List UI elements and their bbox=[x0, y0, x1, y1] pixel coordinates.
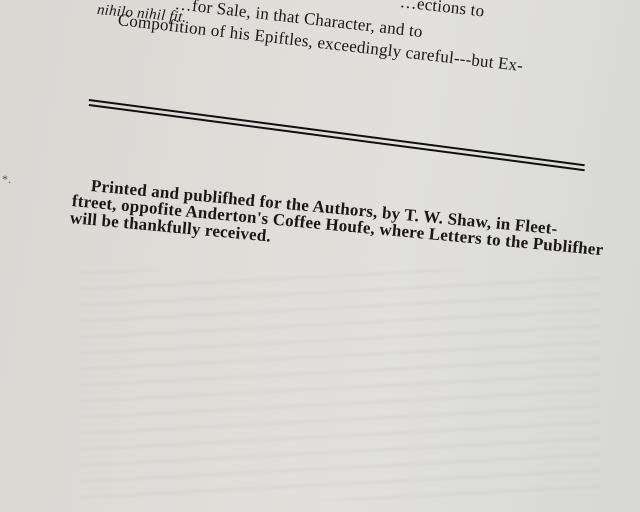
double-rule-top bbox=[89, 99, 585, 166]
top-paragraph-line-0: …ections to bbox=[399, 0, 486, 22]
newspaper-page: …ections to …for Sale, in that Character… bbox=[0, 0, 640, 512]
latin-phrase: nihilo nihil fit. bbox=[96, 2, 187, 26]
partial-text: …ections to bbox=[399, 0, 485, 21]
double-rule-bottom bbox=[89, 104, 585, 171]
margin-mark: *. bbox=[2, 172, 11, 187]
reverse-side-show-through bbox=[80, 270, 600, 500]
